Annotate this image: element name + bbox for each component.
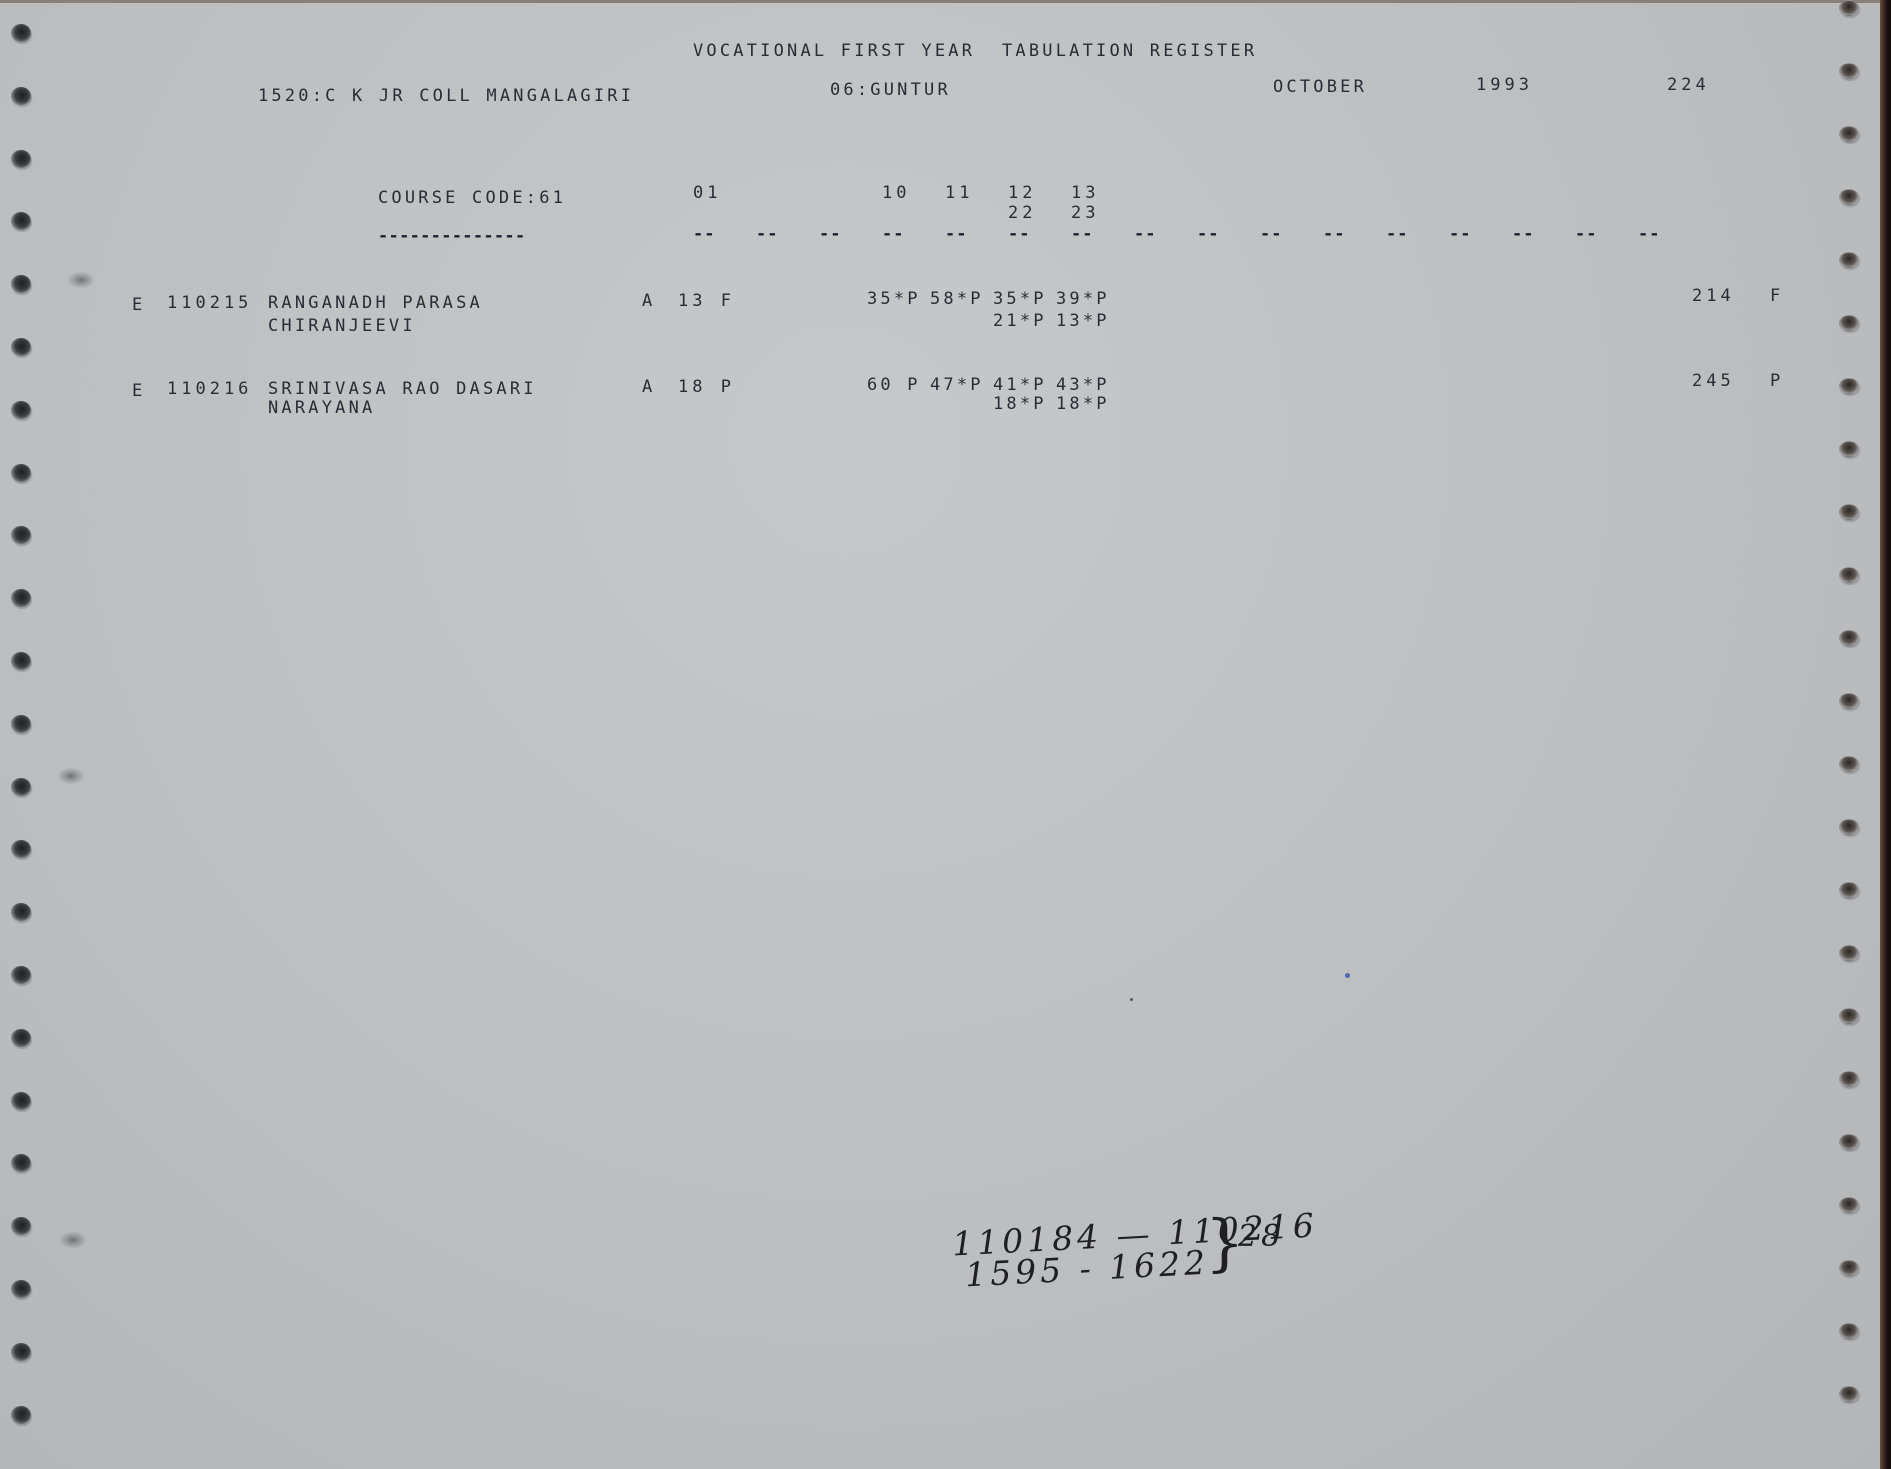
hall-ticket-number: 110216 — [167, 381, 252, 398]
tractor-hole — [1839, 1071, 1859, 1087]
part-label: A — [642, 379, 655, 396]
tractor-hole — [1839, 189, 1859, 205]
subject-code: 01 — [693, 185, 721, 202]
subject-code: 12 — [1008, 185, 1036, 202]
tractor-hole — [1839, 945, 1859, 961]
ink-smudge — [58, 768, 84, 784]
tractor-hole — [1839, 441, 1859, 457]
tractor-hole — [11, 24, 31, 42]
student-category: E — [132, 383, 145, 400]
part-marks: 18 P — [678, 379, 735, 396]
tractor-hole — [11, 338, 31, 356]
subject-code: 13 — [1071, 185, 1099, 202]
tractor-hole — [1839, 693, 1859, 709]
tractor-hole — [1839, 0, 1859, 16]
column-separator: -- — [1260, 226, 1282, 243]
tractor-hole — [1839, 567, 1859, 583]
tractor-hole — [1839, 126, 1859, 142]
tractor-hole — [1839, 252, 1859, 268]
column-separator: -- — [1638, 226, 1660, 243]
subject-mark: 21*P — [993, 313, 1047, 330]
printout-page — [0, 0, 1880, 1469]
column-separator: -- — [1008, 226, 1030, 243]
handwritten-count: 28 — [1238, 1222, 1284, 1252]
tractor-hole — [1839, 378, 1859, 394]
subject-mark: 39*P — [1056, 291, 1110, 308]
tractor-hole — [11, 150, 31, 168]
tractor-hole — [11, 1092, 31, 1110]
tractor-hole — [1839, 1197, 1859, 1213]
column-separator: -- — [1512, 226, 1534, 243]
tractor-hole — [1839, 315, 1859, 331]
ink-smudge — [68, 272, 94, 288]
register-title: VOCATIONAL FIRST YEAR TABULATION REGISTE… — [693, 43, 1257, 60]
part-marks: 13 F — [678, 293, 735, 310]
column-separator: -- — [1197, 226, 1219, 243]
tractor-hole — [11, 87, 31, 105]
column-separator: -- — [945, 226, 967, 243]
tractor-hole — [1839, 1386, 1859, 1402]
subject-mark: 58*P — [930, 291, 984, 308]
tractor-hole — [11, 778, 31, 796]
tractor-hole — [1839, 630, 1859, 646]
tractor-hole — [1839, 1008, 1859, 1024]
tractor-hole — [11, 652, 31, 670]
subject-code: 23 — [1071, 205, 1099, 222]
tractor-hole — [1839, 1260, 1859, 1276]
tractor-hole — [11, 401, 31, 419]
subject-mark: 18*P — [993, 396, 1047, 413]
column-separator: -- — [693, 226, 715, 243]
page-right-edge — [1880, 0, 1891, 1469]
column-separator: -- — [1386, 226, 1408, 243]
college-name: 1520:C K JR COLL MANGALAGIRI — [258, 88, 634, 105]
district-name: 06:GUNTUR — [830, 82, 951, 99]
student-name-line1: RANGANADH PARASA — [268, 295, 483, 312]
tractor-hole — [1839, 882, 1859, 898]
ink-smudge — [60, 1232, 86, 1248]
subject-mark: 13*P — [1056, 313, 1110, 330]
column-separator: -- — [1575, 226, 1597, 243]
exam-month: OCTOBER — [1273, 79, 1367, 96]
subject-code: 10 — [882, 185, 910, 202]
column-separator: -- — [819, 226, 841, 243]
result-status: P — [1770, 373, 1783, 390]
column-separator: -- — [1134, 226, 1156, 243]
subject-code: 11 — [945, 185, 973, 202]
tractor-hole — [11, 1406, 31, 1424]
tractor-hole — [1839, 1323, 1859, 1339]
course-code-underline: -------------- — [378, 228, 526, 245]
subject-mark: 43*P — [1056, 377, 1110, 394]
result-status: F — [1770, 288, 1783, 305]
tractor-hole — [1839, 504, 1859, 520]
column-separator: -- — [1323, 226, 1345, 243]
tractor-hole — [1839, 63, 1859, 79]
ink-speck — [1345, 973, 1350, 978]
part-label: A — [642, 293, 655, 310]
subject-mark: 18*P — [1056, 396, 1110, 413]
subject-mark: 47*P — [930, 377, 984, 394]
tractor-hole — [1839, 756, 1859, 772]
hall-ticket-number: 110215 — [167, 295, 252, 312]
course-code-label: COURSE CODE:61 — [378, 190, 566, 207]
column-separator: -- — [882, 226, 904, 243]
student-name-line2: NARAYANA — [268, 400, 375, 417]
subject-mark: 35*P — [867, 291, 921, 308]
tractor-hole — [11, 1029, 31, 1047]
tractor-hole — [1839, 1134, 1859, 1150]
student-category: E — [132, 297, 145, 314]
tractor-hole — [11, 1343, 31, 1361]
exam-year: 1993 — [1476, 77, 1533, 94]
total-marks: 245 — [1692, 373, 1735, 390]
student-name-line2: CHIRANJEEVI — [268, 318, 416, 335]
tractor-hole — [11, 464, 31, 482]
subject-mark: 35*P — [993, 291, 1047, 308]
column-separator: -- — [756, 226, 778, 243]
tractor-hole — [11, 715, 31, 733]
page-top-edge — [0, 0, 1880, 3]
page-number: 224 — [1667, 77, 1710, 94]
subject-mark: 41*P — [993, 377, 1047, 394]
tractor-hole — [11, 966, 31, 984]
total-marks: 214 — [1692, 288, 1735, 305]
tractor-hole — [11, 1280, 31, 1298]
tractor-hole — [1839, 819, 1859, 835]
column-separator: -- — [1071, 226, 1093, 243]
column-separator: -- — [1449, 226, 1471, 243]
subject-mark: 60 P — [867, 377, 921, 394]
student-name-line1: SRINIVASA RAO DASARI — [268, 381, 537, 398]
ink-speck — [1130, 998, 1133, 1001]
subject-code: 22 — [1008, 205, 1036, 222]
